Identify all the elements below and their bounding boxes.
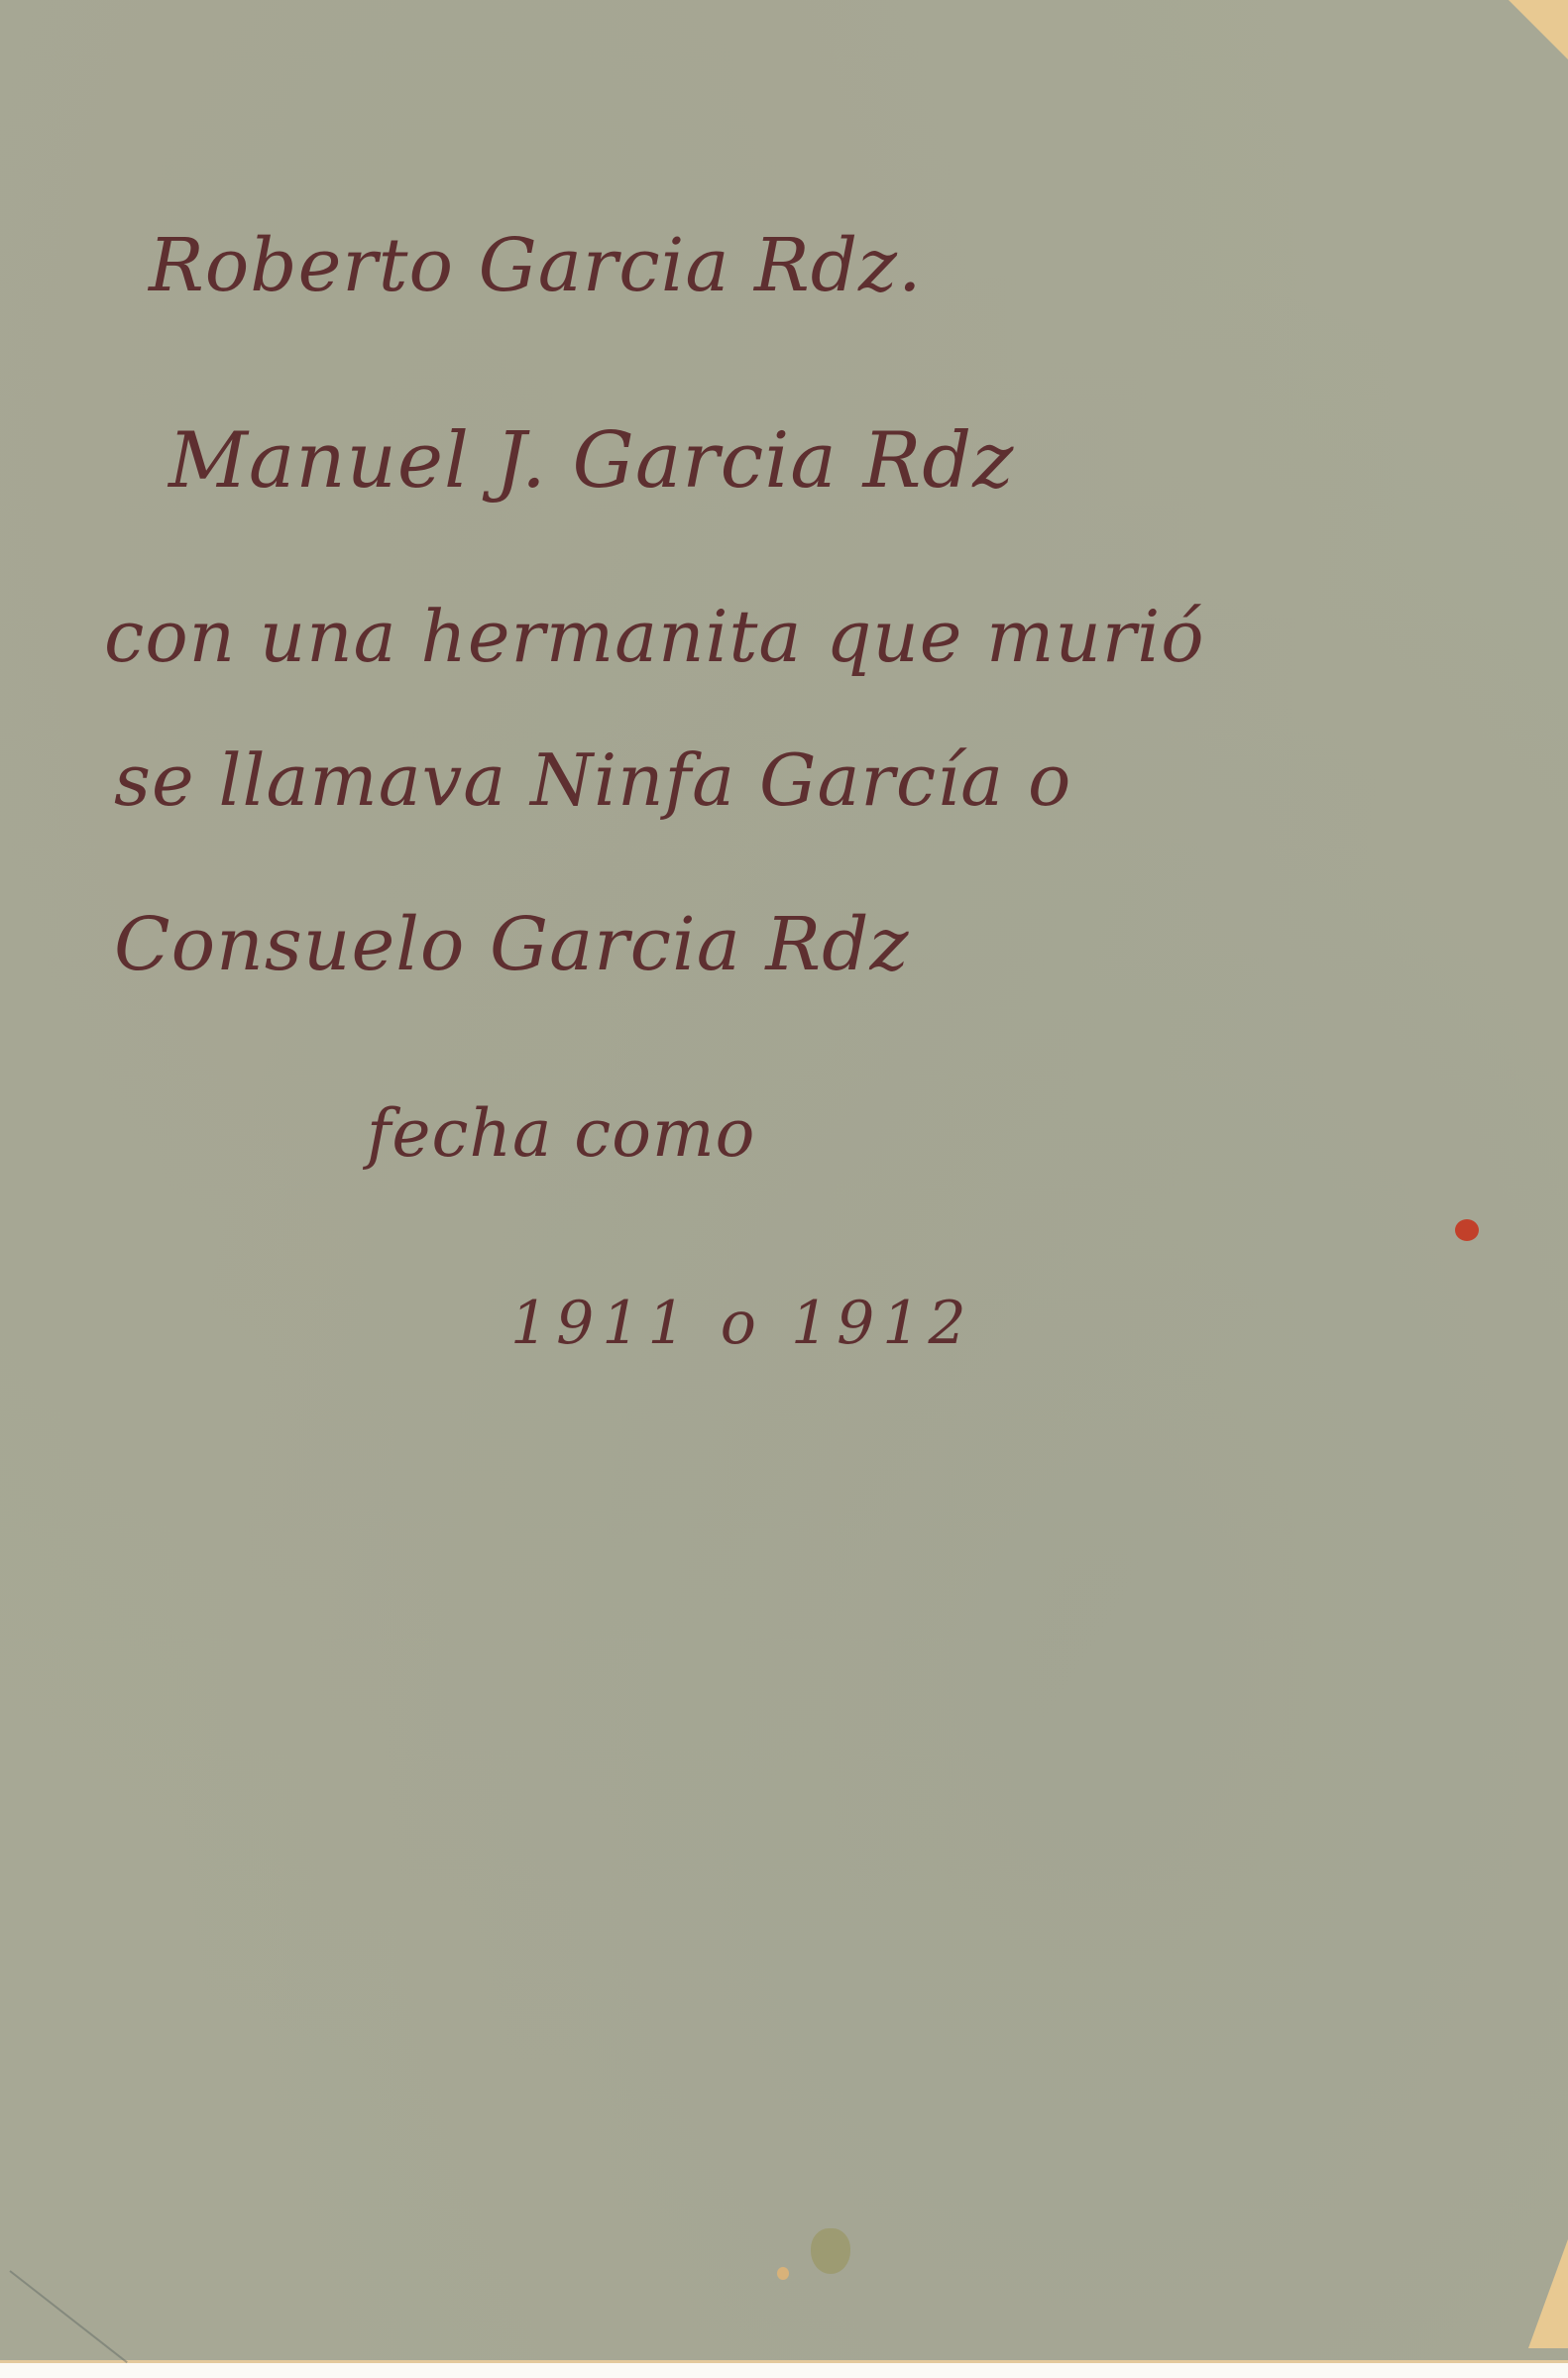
red-ink-spot	[1455, 1219, 1479, 1241]
handwritten-line-3: con una hermanita que murió	[104, 595, 1205, 678]
handwritten-line-1: Roberto Garcia Rdz.	[149, 223, 923, 308]
card-back: Roberto Garcia Rdz. Manuel J. Garcia Rdz…	[0, 0, 1568, 2363]
handwritten-line-2: Manuel J. Garcia Rdz	[168, 416, 1014, 506]
water-stain	[811, 2228, 850, 2274]
worn-corner-top-right	[1509, 0, 1568, 59]
worn-corner-bottom-right	[1528, 2239, 1568, 2348]
handwritten-line-6: fecha como	[367, 1095, 755, 1172]
small-stain	[777, 2267, 789, 2280]
handwritten-line-4: se llamava Ninfa García o	[114, 738, 1071, 822]
handwritten-line-5: Consuelo Garcia Rdz	[114, 902, 909, 987]
handwritten-date: 1911 o 1912	[510, 1289, 974, 1358]
paper-crease	[9, 2270, 127, 2363]
